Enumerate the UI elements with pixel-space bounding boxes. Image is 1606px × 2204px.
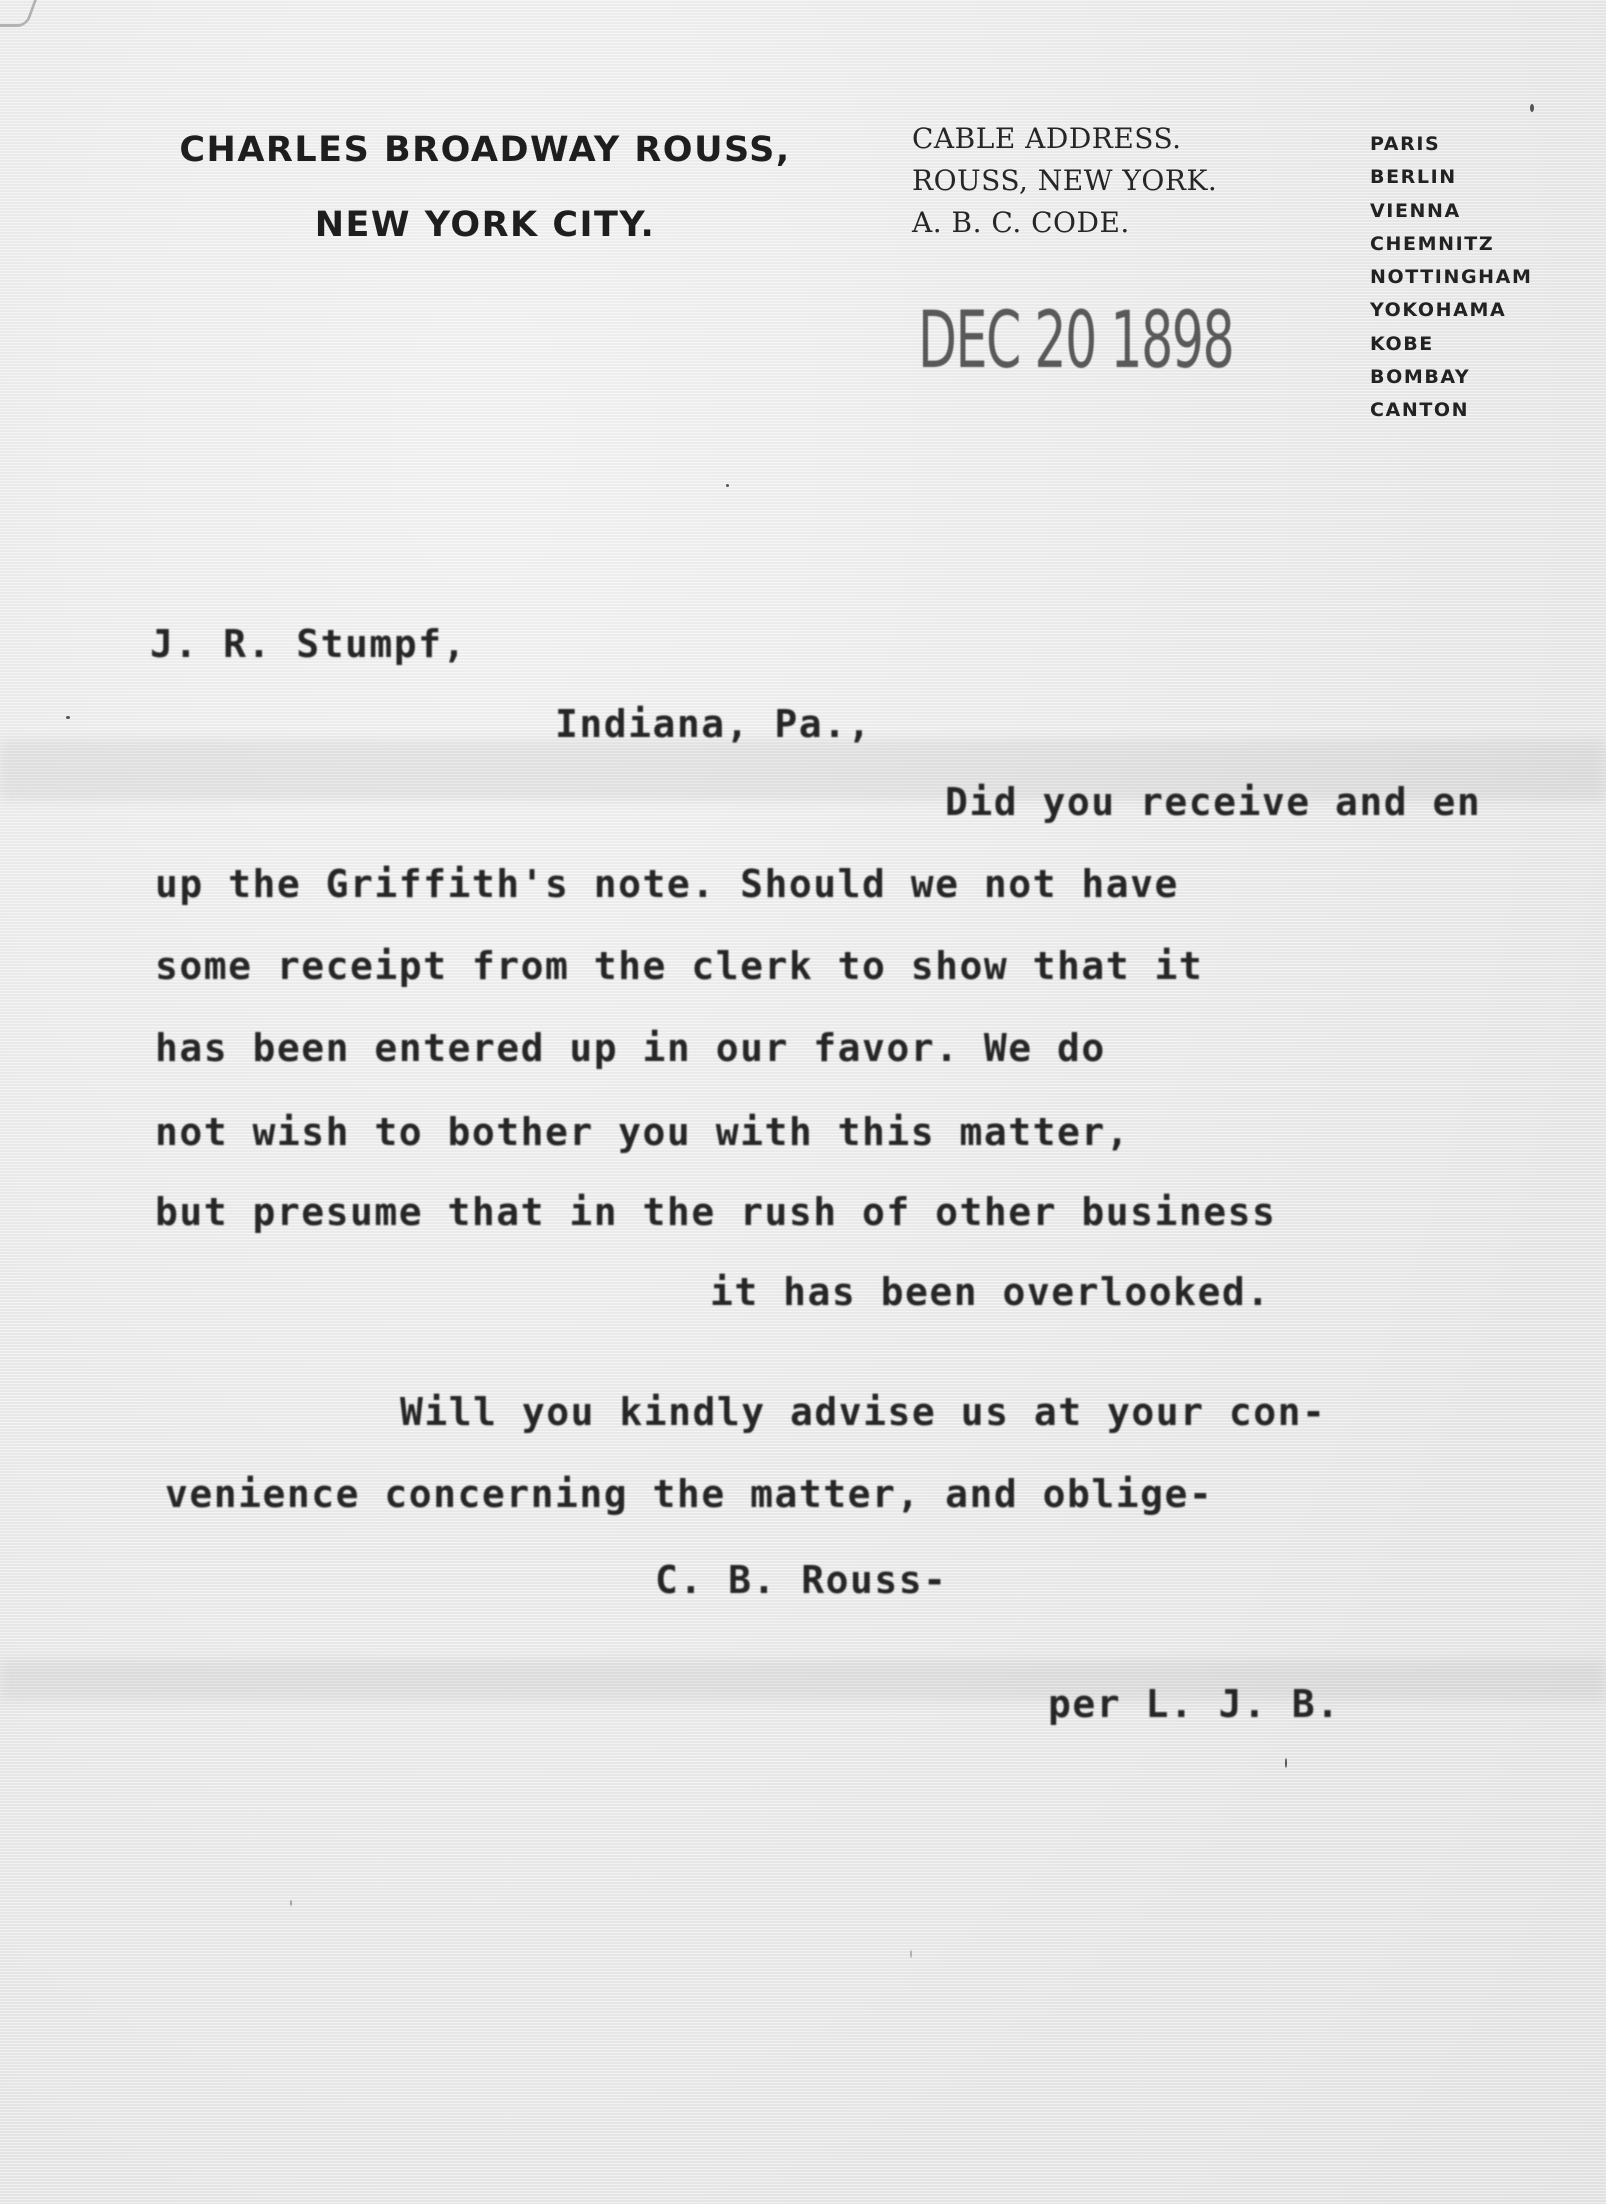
letter-page xyxy=(0,0,1606,2204)
signature: C. B. Rouss- xyxy=(655,1558,948,1602)
body-line: Did you receive and en xyxy=(945,780,1481,824)
branch-office: VIENNA xyxy=(1370,195,1533,228)
branch-office: PARIS xyxy=(1370,128,1533,161)
cable-line: A. B. C. CODE. xyxy=(912,202,1217,244)
addressee-location: Indiana, Pa., xyxy=(555,702,872,746)
body-line: venience concerning the matter, and obli… xyxy=(165,1472,1213,1516)
branch-office: CHEMNITZ xyxy=(1370,228,1533,261)
branch-office: BERLIN xyxy=(1370,161,1533,194)
body-line: it has been overlooked. xyxy=(710,1270,1271,1314)
date-stamp: DEC 20 1898 xyxy=(918,296,1233,386)
branch-office: NOTTINGHAM xyxy=(1370,261,1533,294)
branch-office: CANTON xyxy=(1370,394,1533,427)
body-line: up the Griffith's note. Should we not ha… xyxy=(155,862,1179,906)
addressee-name: J. R. Stumpf, xyxy=(150,622,467,666)
paper-speck xyxy=(66,716,70,719)
body-line: but presume that in the rush of other bu… xyxy=(155,1190,1276,1234)
paper-speck xyxy=(290,1900,292,1906)
branch-offices-list: PARIS BERLIN VIENNA CHEMNITZ NOTTINGHAM … xyxy=(1370,128,1533,428)
paper-speck xyxy=(1285,1758,1287,1768)
body-line: not wish to bother you with this matter, xyxy=(155,1110,1130,1154)
paper-speck xyxy=(726,484,729,487)
body-line: has been entered up in our favor. We do xyxy=(155,1026,1106,1070)
branch-office: BOMBAY xyxy=(1370,361,1533,394)
cable-line: ROUSS, NEW YORK. xyxy=(912,160,1217,202)
cable-address-block: CABLE ADDRESS. ROUSS, NEW YORK. A. B. C.… xyxy=(912,118,1217,244)
branch-office: KOBE xyxy=(1370,328,1533,361)
letterhead-company-name: CHARLES BROADWAY ROUSS, xyxy=(100,130,870,170)
body-line: some receipt from the clerk to show that… xyxy=(155,944,1203,988)
letterhead-city: NEW YORK CITY. xyxy=(100,205,870,245)
cable-line: CABLE ADDRESS. xyxy=(912,118,1217,160)
paper-speck xyxy=(1530,104,1534,112)
branch-office: YOKOHAMA xyxy=(1370,294,1533,327)
paper-speck xyxy=(910,1950,912,1958)
body-line: Will you kindly advise us at your con- xyxy=(400,1390,1326,1434)
paper-stain xyxy=(0,1660,1606,1700)
per-initials: per L. J. B. xyxy=(1048,1682,1341,1726)
